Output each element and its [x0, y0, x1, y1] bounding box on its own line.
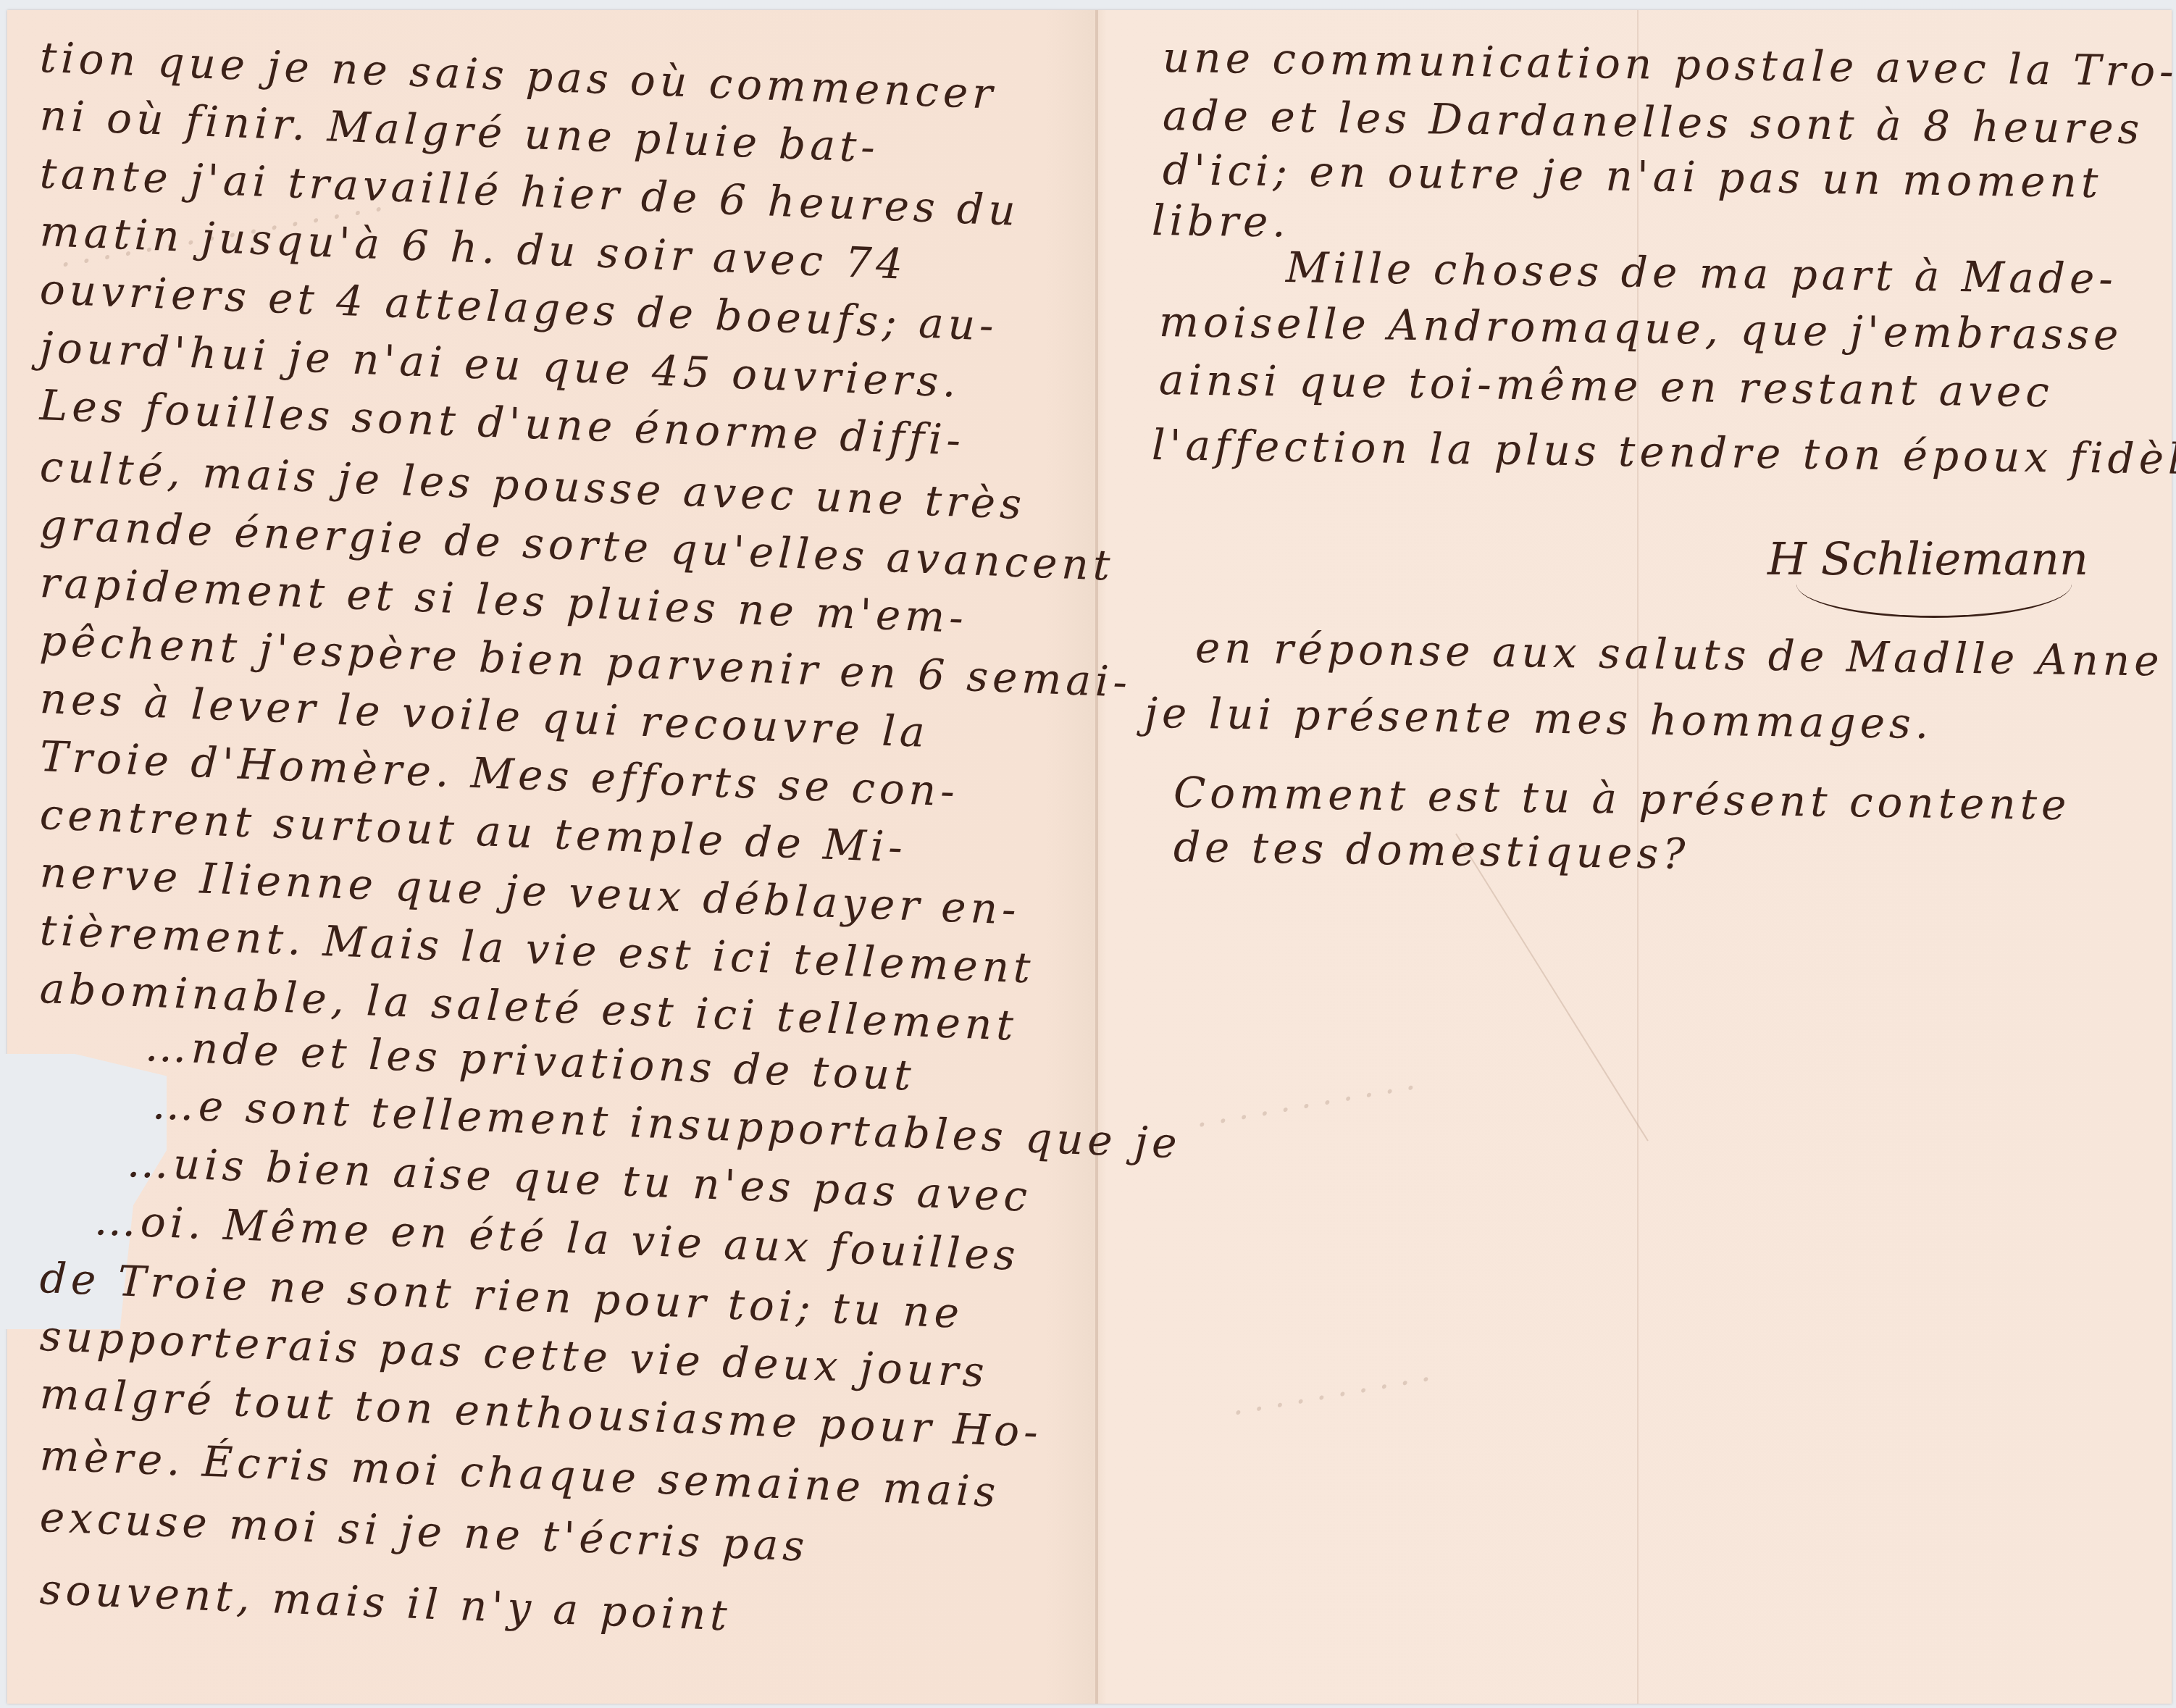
- center-fold: [1095, 10, 1098, 1704]
- signature-flourish: [1796, 551, 2072, 618]
- text-line: libre.: [1152, 196, 1291, 247]
- postscript-line: de tes domestiques?: [1173, 822, 1690, 879]
